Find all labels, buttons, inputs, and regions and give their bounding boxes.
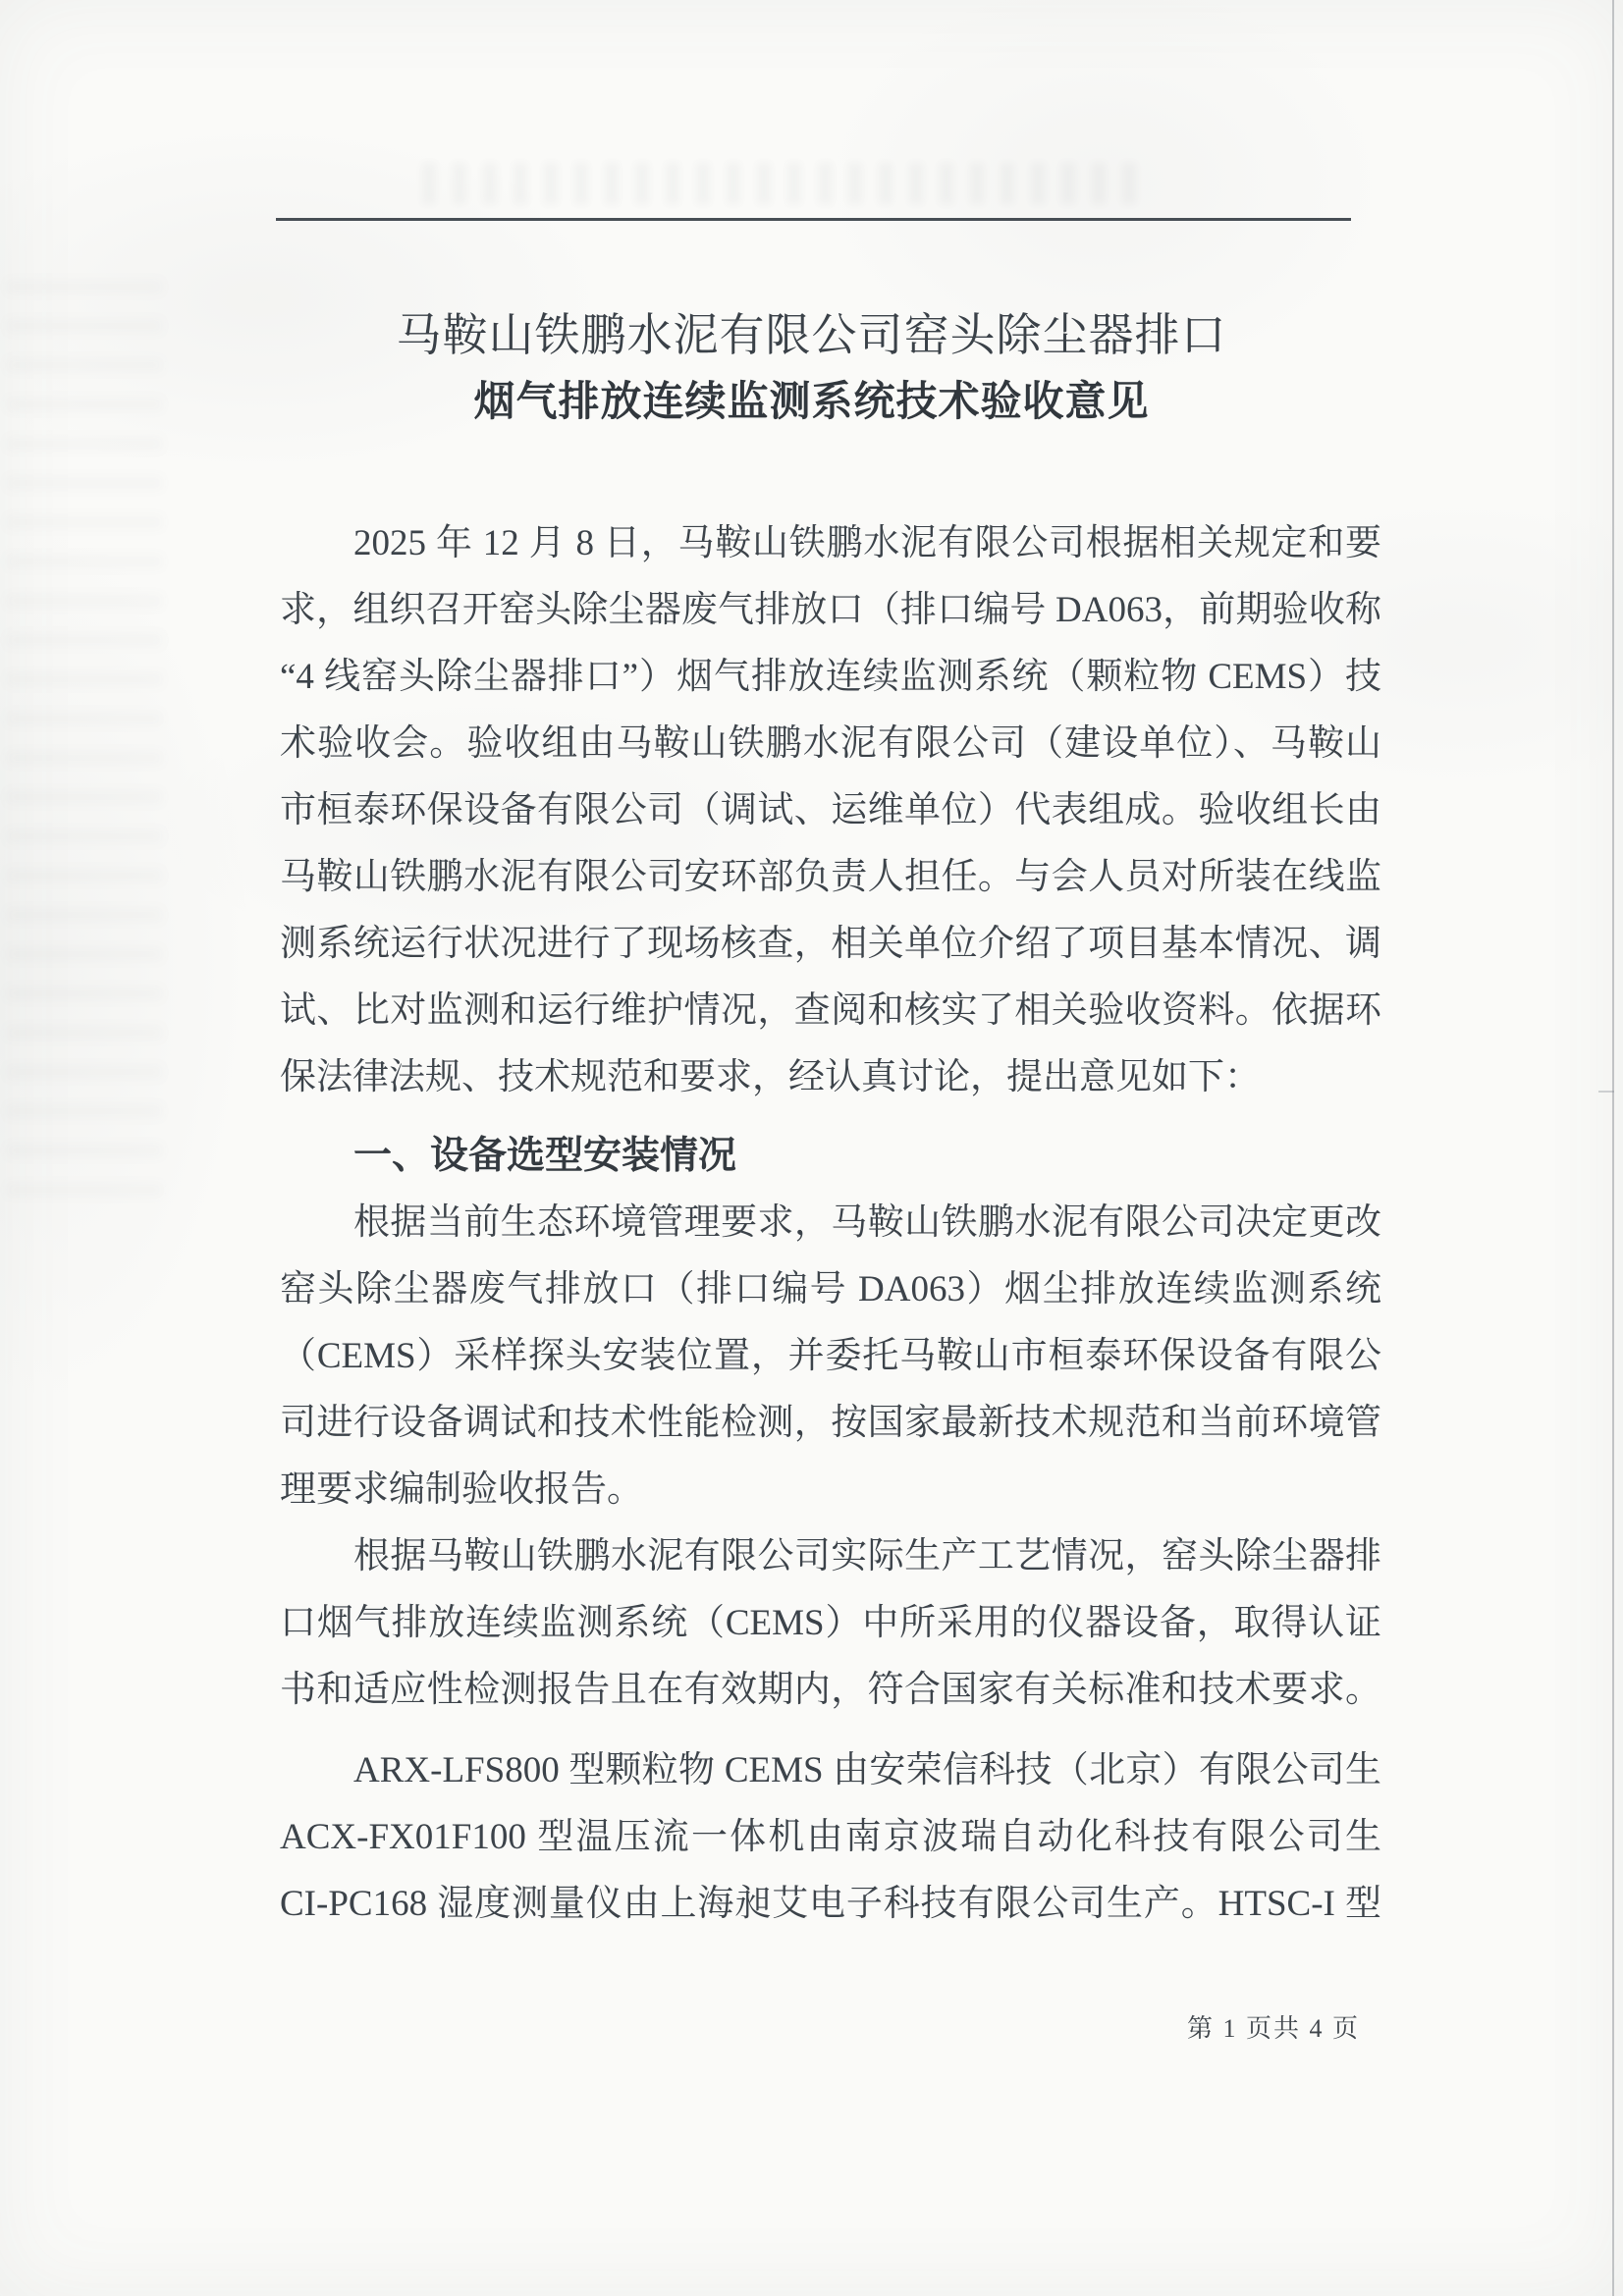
body-line: 司进行设备调试和技术性能检测，按国家最新技术规范和当前环境管 [280, 1390, 1381, 1457]
section1-heading: 一、设备选型安装情况 [280, 1123, 1381, 1190]
body-line: 窑头除尘器废气排放口（排口编号 DA063）烟尘排放连续监测系统 [280, 1256, 1381, 1323]
scan-bleedthrough-artifact [422, 163, 1139, 204]
scanned-page: 马鞍山铁鹏水泥有限公司窑头除尘器排口 烟气排放连续监测系统技术验收意见 2025… [0, 0, 1623, 2296]
body-line: ACX-FX01F100 型温压流一体机由南京波瑞自动化科技有限公司生产。 [280, 1804, 1381, 1871]
body-line: 理要求编制验收报告。 [280, 1457, 1381, 1523]
body-line: （CEMS）采样探头安装位置，并委托马鞍山市桓泰环保设备有限公 [280, 1323, 1381, 1390]
body-line: 书和适应性检测报告且在有效期内，符合国家有关标准和技术要求。 [280, 1657, 1381, 1724]
page-number: 第 1 页共 4 页 [1026, 2008, 1360, 2045]
body-line: CI-PC168 湿度测量仪由上海昶艾电子科技有限公司生产。HTSC-I 型 [280, 1871, 1381, 1938]
body-line: 保法律法规、技术规范和要求，经认真讨论，提出意见如下： [280, 1044, 1381, 1111]
section1-paragraph-2: 根据马鞍山铁鹏水泥有限公司实际生产工艺情况，窑头除尘器排 口烟气排放连续监测系统… [280, 1523, 1381, 1724]
body-line: 测系统运行状况进行了现场核查，相关单位介绍了项目基本情况、调 [280, 911, 1381, 978]
document-title-line1: 马鞍山铁鹏水泥有限公司窑头除尘器排口 [0, 300, 1623, 371]
scan-edge-tick [1598, 1091, 1614, 1093]
body-line: 术验收会。验收组由马鞍山铁鹏水泥有限公司（建设单位）、马鞍山 [280, 711, 1381, 777]
header-rule [276, 218, 1351, 221]
body-line: 口烟气排放连续监测系统（CEMS）中所采用的仪器设备，取得认证证 [280, 1590, 1381, 1657]
document-title-line2: 烟气排放连续监测系统技术验收意见 [0, 371, 1623, 434]
body-line: 试、比对监测和运行维护情况，查阅和核实了相关验收资料。依据环 [280, 978, 1381, 1044]
intro-paragraph: 2025 年 12 月 8 日，马鞍山铁鹏水泥有限公司根据相关规定和要 求，组织… [280, 510, 1381, 1111]
body-line: 马鞍山铁鹏水泥有限公司安环部负责人担任。与会人员对所装在线监 [280, 844, 1381, 911]
section1-paragraph-1: 根据当前生态环境管理要求，马鞍山铁鹏水泥有限公司决定更改 窑头除尘器废气排放口（… [280, 1190, 1381, 1523]
body-line: “4 线窑头除尘器排口”）烟气排放连续监测系统（颗粒物 CEMS）技 [280, 644, 1381, 711]
body-line: ARX-LFS800 型颗粒物 CEMS 由安荣信科技（北京）有限公司生产。 [280, 1737, 1381, 1804]
document-title: 马鞍山铁鹏水泥有限公司窑头除尘器排口 烟气排放连续监测系统技术验收意见 [0, 300, 1623, 434]
body-line: 求，组织召开窑头除尘器废气排放口（排口编号 DA063，前期验收称 [280, 577, 1381, 644]
document-body: 2025 年 12 月 8 日，马鞍山铁鹏水泥有限公司根据相关规定和要 求，组织… [280, 510, 1381, 1938]
body-line: 2025 年 12 月 8 日，马鞍山铁鹏水泥有限公司根据相关规定和要 [280, 510, 1381, 577]
body-line: 根据马鞍山铁鹏水泥有限公司实际生产工艺情况，窑头除尘器排 [280, 1523, 1381, 1590]
body-line: 根据当前生态环境管理要求，马鞍山铁鹏水泥有限公司决定更改 [280, 1190, 1381, 1256]
body-line: 市桓泰环保设备有限公司（调试、运维单位）代表组成。验收组长由 [280, 777, 1381, 844]
section1-paragraph-3: ARX-LFS800 型颗粒物 CEMS 由安荣信科技（北京）有限公司生产。 A… [280, 1737, 1381, 1938]
